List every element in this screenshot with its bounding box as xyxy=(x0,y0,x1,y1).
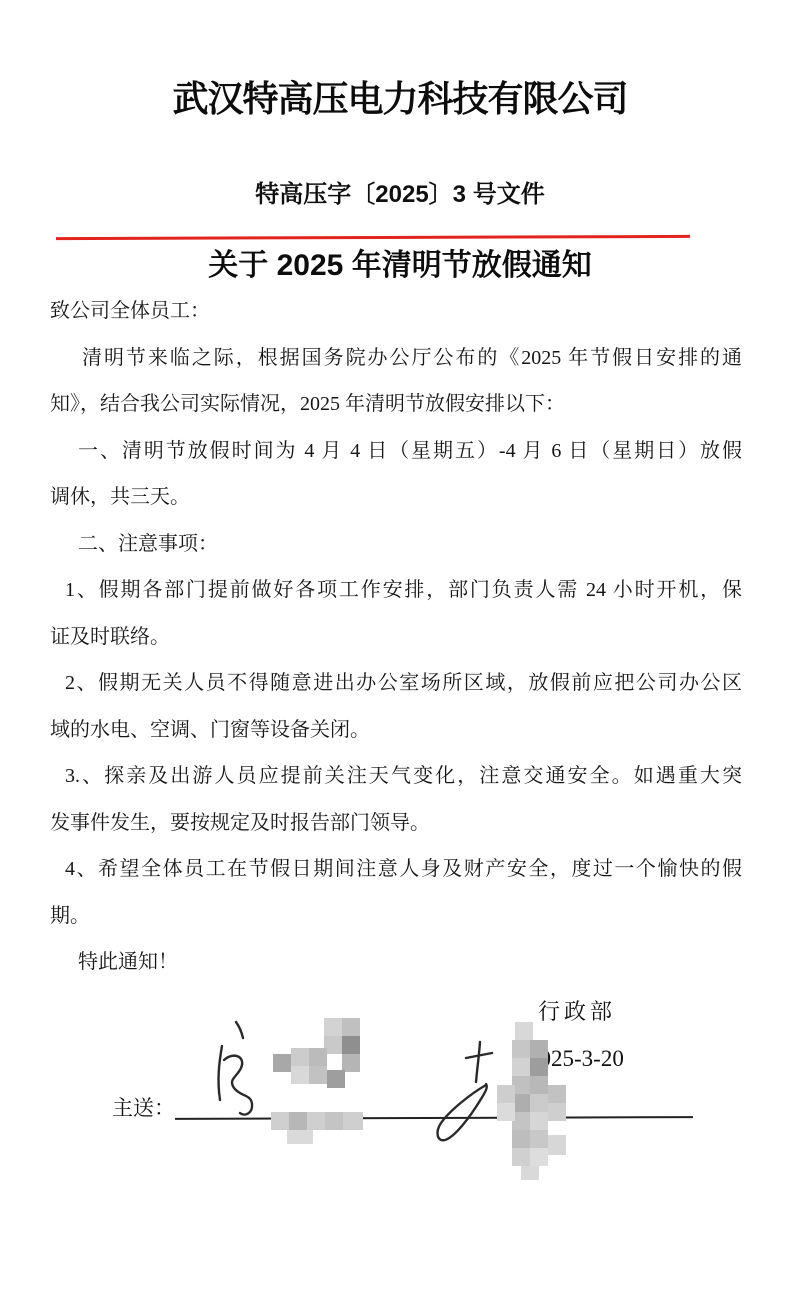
body-line: 3.、探亲及出游人员应提前关注天气变化，注意交通安全。如遇重大突 xyxy=(50,753,742,800)
body-line: 发事件发生，要按规定及时报告部门领导。 xyxy=(50,800,742,847)
body-line: 1、假期各部门提前做好各项工作安排，部门负责人需 24 小时开机，保 xyxy=(50,567,742,614)
body-line: 致公司全体员工： xyxy=(50,288,742,335)
body-line: 2、假期无关人员不得随意进出办公室场所区域，放假前应把公司办公区 xyxy=(50,660,742,707)
body-line: 一、清明节放假时间为 4 月 4 日（星期五）-4 月 6 日（星期日）放假 xyxy=(50,428,742,475)
notice-body: 致公司全体员工： 清明节来临之际，根据国务院办公厅公布的《2025 年节假日安排… xyxy=(50,288,742,986)
body-line: 域的水电、空调、门窗等设备关闭。 xyxy=(50,707,742,754)
body-line: 调休，共三天。 xyxy=(50,474,742,521)
distribution-label: 主送： xyxy=(112,1095,175,1121)
handwritten-signature-1 xyxy=(219,1022,253,1115)
red-separator-line xyxy=(56,235,690,240)
company-name: 武汉特高压电力科技有限公司 xyxy=(0,79,800,119)
body-line: 期。 xyxy=(50,893,742,940)
body-line: 知》，结合我公司实际情况，2025 年清明节放假安排以下： xyxy=(50,381,742,428)
handwritten-signatures xyxy=(170,1008,590,1198)
handwritten-signature-2 xyxy=(438,1042,492,1140)
body-line: 特此通知！ xyxy=(50,939,742,986)
notice-title: 关于 2025 年清明节放假通知 xyxy=(0,248,800,284)
document-number: 特高压字〔2025〕3 号文件 xyxy=(0,180,800,210)
signature-mosaic-2 xyxy=(497,1022,566,1180)
body-line: 清明节来临之际，根据国务院办公厅公布的《2025 年节假日安排的通 xyxy=(50,335,742,382)
body-line: 证及时联络。 xyxy=(50,614,742,661)
scanned-notice-document: 武汉特高压电力科技有限公司 特高压字〔2025〕3 号文件 关于 2025 年清… xyxy=(0,0,800,1300)
signature-mosaic-1 xyxy=(271,1018,363,1144)
body-line: 4、希望全体员工在节假日期间注意人身及财产安全，度过一个愉快的假 xyxy=(50,846,742,893)
body-line: 二、注意事项： xyxy=(50,521,742,568)
